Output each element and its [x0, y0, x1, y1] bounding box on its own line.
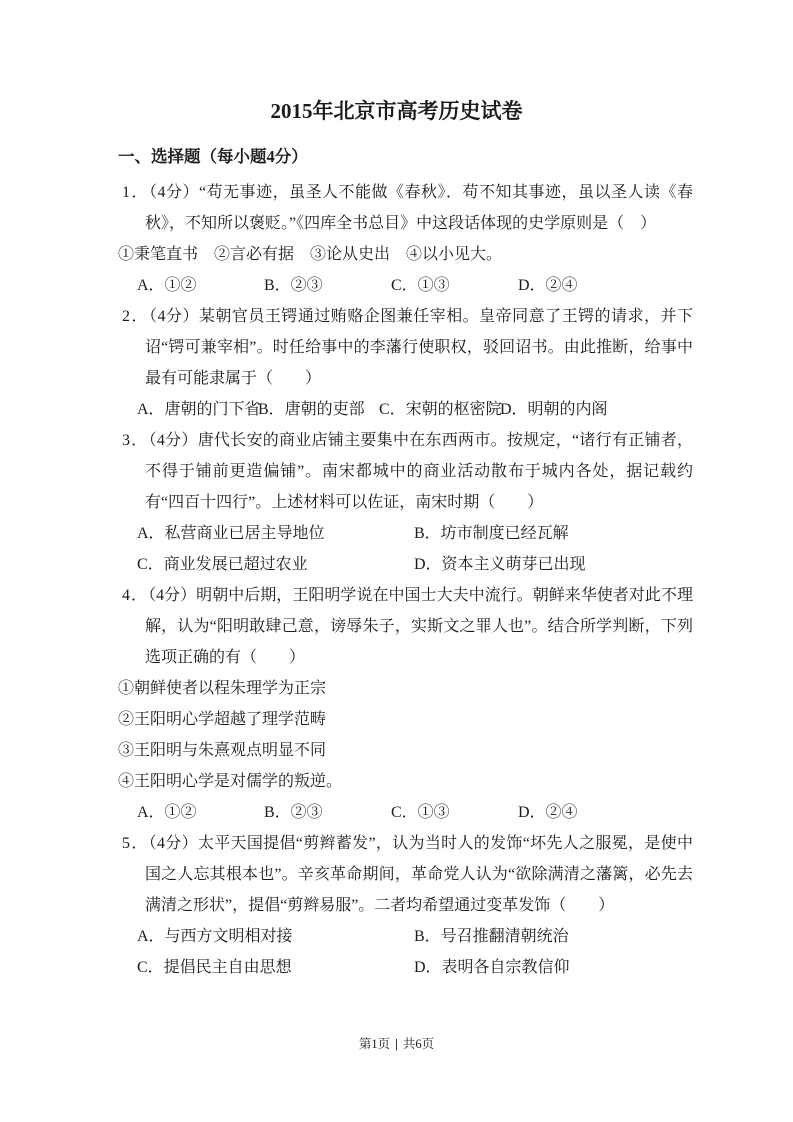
question-4-statement-4: ④王阳明心学是对儒学的叛逆。 — [118, 766, 693, 797]
footer-total-pages: 共6页 — [403, 1037, 434, 1051]
question-5-number: 5． — [122, 835, 149, 852]
question-1-options: A．①② B．②③ C．①③ D．②④ — [118, 270, 693, 301]
question-2-stem: 2．（4分）某朝官员王锷通过贿赂企图兼任宰相。皇帝同意了王锷的请求，并下诏“锷可… — [118, 301, 693, 394]
question-2-options: A．唐朝的门下省 B．唐朝的吏部 C．宋朝的枢密院 D．明朝的内阁 — [118, 394, 693, 425]
question-2-option-b: B．唐朝的吏部 — [258, 394, 379, 425]
question-1-statements: ①秉笔直书 ②言必有据 ③论从史出 ④以小见大。 — [118, 239, 693, 270]
question-1-stem: 1．（4分）“苟无事迹，虽圣人不能做《春秋》．苟不知其事迹，虽以圣人读《春秋》，… — [118, 177, 693, 239]
question-5-text: （4分）太平天国提倡“剪辫蓄发”，认为当时人的发饰“坏先人之服冕，是使中国之人忘… — [145, 835, 693, 914]
page-footer: 第1页|共6页 — [0, 1034, 793, 1054]
question-3: 3．（4分）唐代长安的商业店铺主要集中在东西两市。按规定，“诸行有正铺者，不得于… — [118, 425, 693, 580]
question-4: 4．（4分）明朝中后期，王阳明学说在中国士大夫中流行。朝鲜来华使者对此不理解，认… — [118, 580, 693, 828]
question-5-stem: 5．（4分）太平天国提倡“剪辫蓄发”，认为当时人的发饰“坏先人之服冕，是使中国之… — [118, 828, 693, 921]
question-5-options-row-2: C．提倡民主自由思想 D．表明各自宗教信仰 — [118, 952, 693, 983]
question-4-statement-1: ①朝鲜使者以程朱理学为正宗 — [118, 673, 693, 704]
question-1-text: （4分）“苟无事迹，虽圣人不能做《春秋》．苟不知其事迹，虽以圣人读《春秋》，不知… — [145, 184, 693, 232]
question-2-option-c: C．宋朝的枢密院 — [379, 394, 500, 425]
question-4-statement-3: ③王阳明与朱熹观点明显不同 — [118, 735, 693, 766]
question-3-option-b: B．坊市制度已经瓦解 — [414, 518, 569, 549]
question-4-stem: 4．（4分）明朝中后期，王阳明学说在中国士大夫中流行。朝鲜来华使者对此不理解，认… — [118, 580, 693, 673]
question-2-text: （4分）某朝官员王锷通过贿赂企图兼任宰相。皇帝同意了王锷的请求，并下诏“锷可兼宰… — [145, 308, 693, 387]
question-3-text: （4分）唐代长安的商业店铺主要集中在东西两市。按规定，“诸行有正铺者，不得于铺前… — [145, 432, 693, 511]
question-5-option-b: B．号召推翻清朝统治 — [414, 921, 569, 952]
question-4-option-c: C．①③ — [391, 797, 518, 828]
question-1-number: 1． — [122, 184, 149, 201]
question-4-statement-2: ②王阳明心学超越了理学范畴 — [118, 704, 693, 735]
exam-title: 2015年北京市高考历史试卷 — [0, 96, 793, 126]
question-2: 2．（4分）某朝官员王锷通过贿赂企图兼任宰相。皇帝同意了王锷的请求，并下诏“锷可… — [118, 301, 693, 425]
question-4-text: （4分）明朝中后期，王阳明学说在中国士大夫中流行。朝鲜来华使者对此不理解，认为“… — [145, 587, 693, 666]
question-2-option-d: D．明朝的内阁 — [500, 394, 608, 425]
question-5-options-row-1: A．与西方文明相对接 B．号召推翻清朝统治 — [118, 921, 693, 952]
footer-current-page: 第1页 — [359, 1037, 390, 1051]
question-4-option-a: A．①② — [137, 797, 264, 828]
question-1-option-a: A．①② — [137, 270, 264, 301]
question-4-options: A．①② B．②③ C．①③ D．②④ — [118, 797, 693, 828]
question-4-number: 4． — [122, 587, 148, 604]
question-3-stem: 3．（4分）唐代长安的商业店铺主要集中在东西两市。按规定，“诸行有正铺者，不得于… — [118, 425, 693, 518]
question-4-option-d: D．②④ — [518, 797, 578, 828]
question-3-options-row-2: C．商业发展已超过农业 D．资本主义萌芽已出现 — [118, 549, 693, 580]
question-2-option-a: A．唐朝的门下省 — [137, 394, 258, 425]
footer-separator: | — [395, 1037, 398, 1051]
question-1-option-c: C．①③ — [391, 270, 518, 301]
question-3-options-row-1: A．私营商业已居主导地位 B．坊市制度已经瓦解 — [118, 518, 693, 549]
question-5-option-c: C．提倡民主自由思想 — [137, 952, 414, 983]
question-4-option-b: B．②③ — [264, 797, 391, 828]
section-heading: 一、选择题（每小题4分） — [118, 143, 693, 170]
question-3-option-c: C．商业发展已超过农业 — [137, 549, 414, 580]
question-3-number: 3． — [122, 432, 149, 449]
question-1: 1．（4分）“苟无事迹，虽圣人不能做《春秋》．苟不知其事迹，虽以圣人读《春秋》，… — [118, 177, 693, 301]
question-1-option-b: B．②③ — [264, 270, 391, 301]
question-5-option-d: D．表明各自宗教信仰 — [414, 952, 570, 983]
question-2-number: 2． — [122, 308, 149, 325]
exam-document-page: 2015年北京市高考历史试卷 一、选择题（每小题4分） 1．（4分）“苟无事迹，… — [0, 0, 793, 1122]
question-5-option-a: A．与西方文明相对接 — [137, 921, 414, 952]
question-1-option-d: D．②④ — [518, 270, 578, 301]
question-5: 5．（4分）太平天国提倡“剪辫蓄发”，认为当时人的发饰“坏先人之服冕，是使中国之… — [118, 828, 693, 983]
question-3-option-a: A．私营商业已居主导地位 — [137, 518, 414, 549]
question-3-option-d: D．资本主义萌芽已出现 — [414, 549, 586, 580]
